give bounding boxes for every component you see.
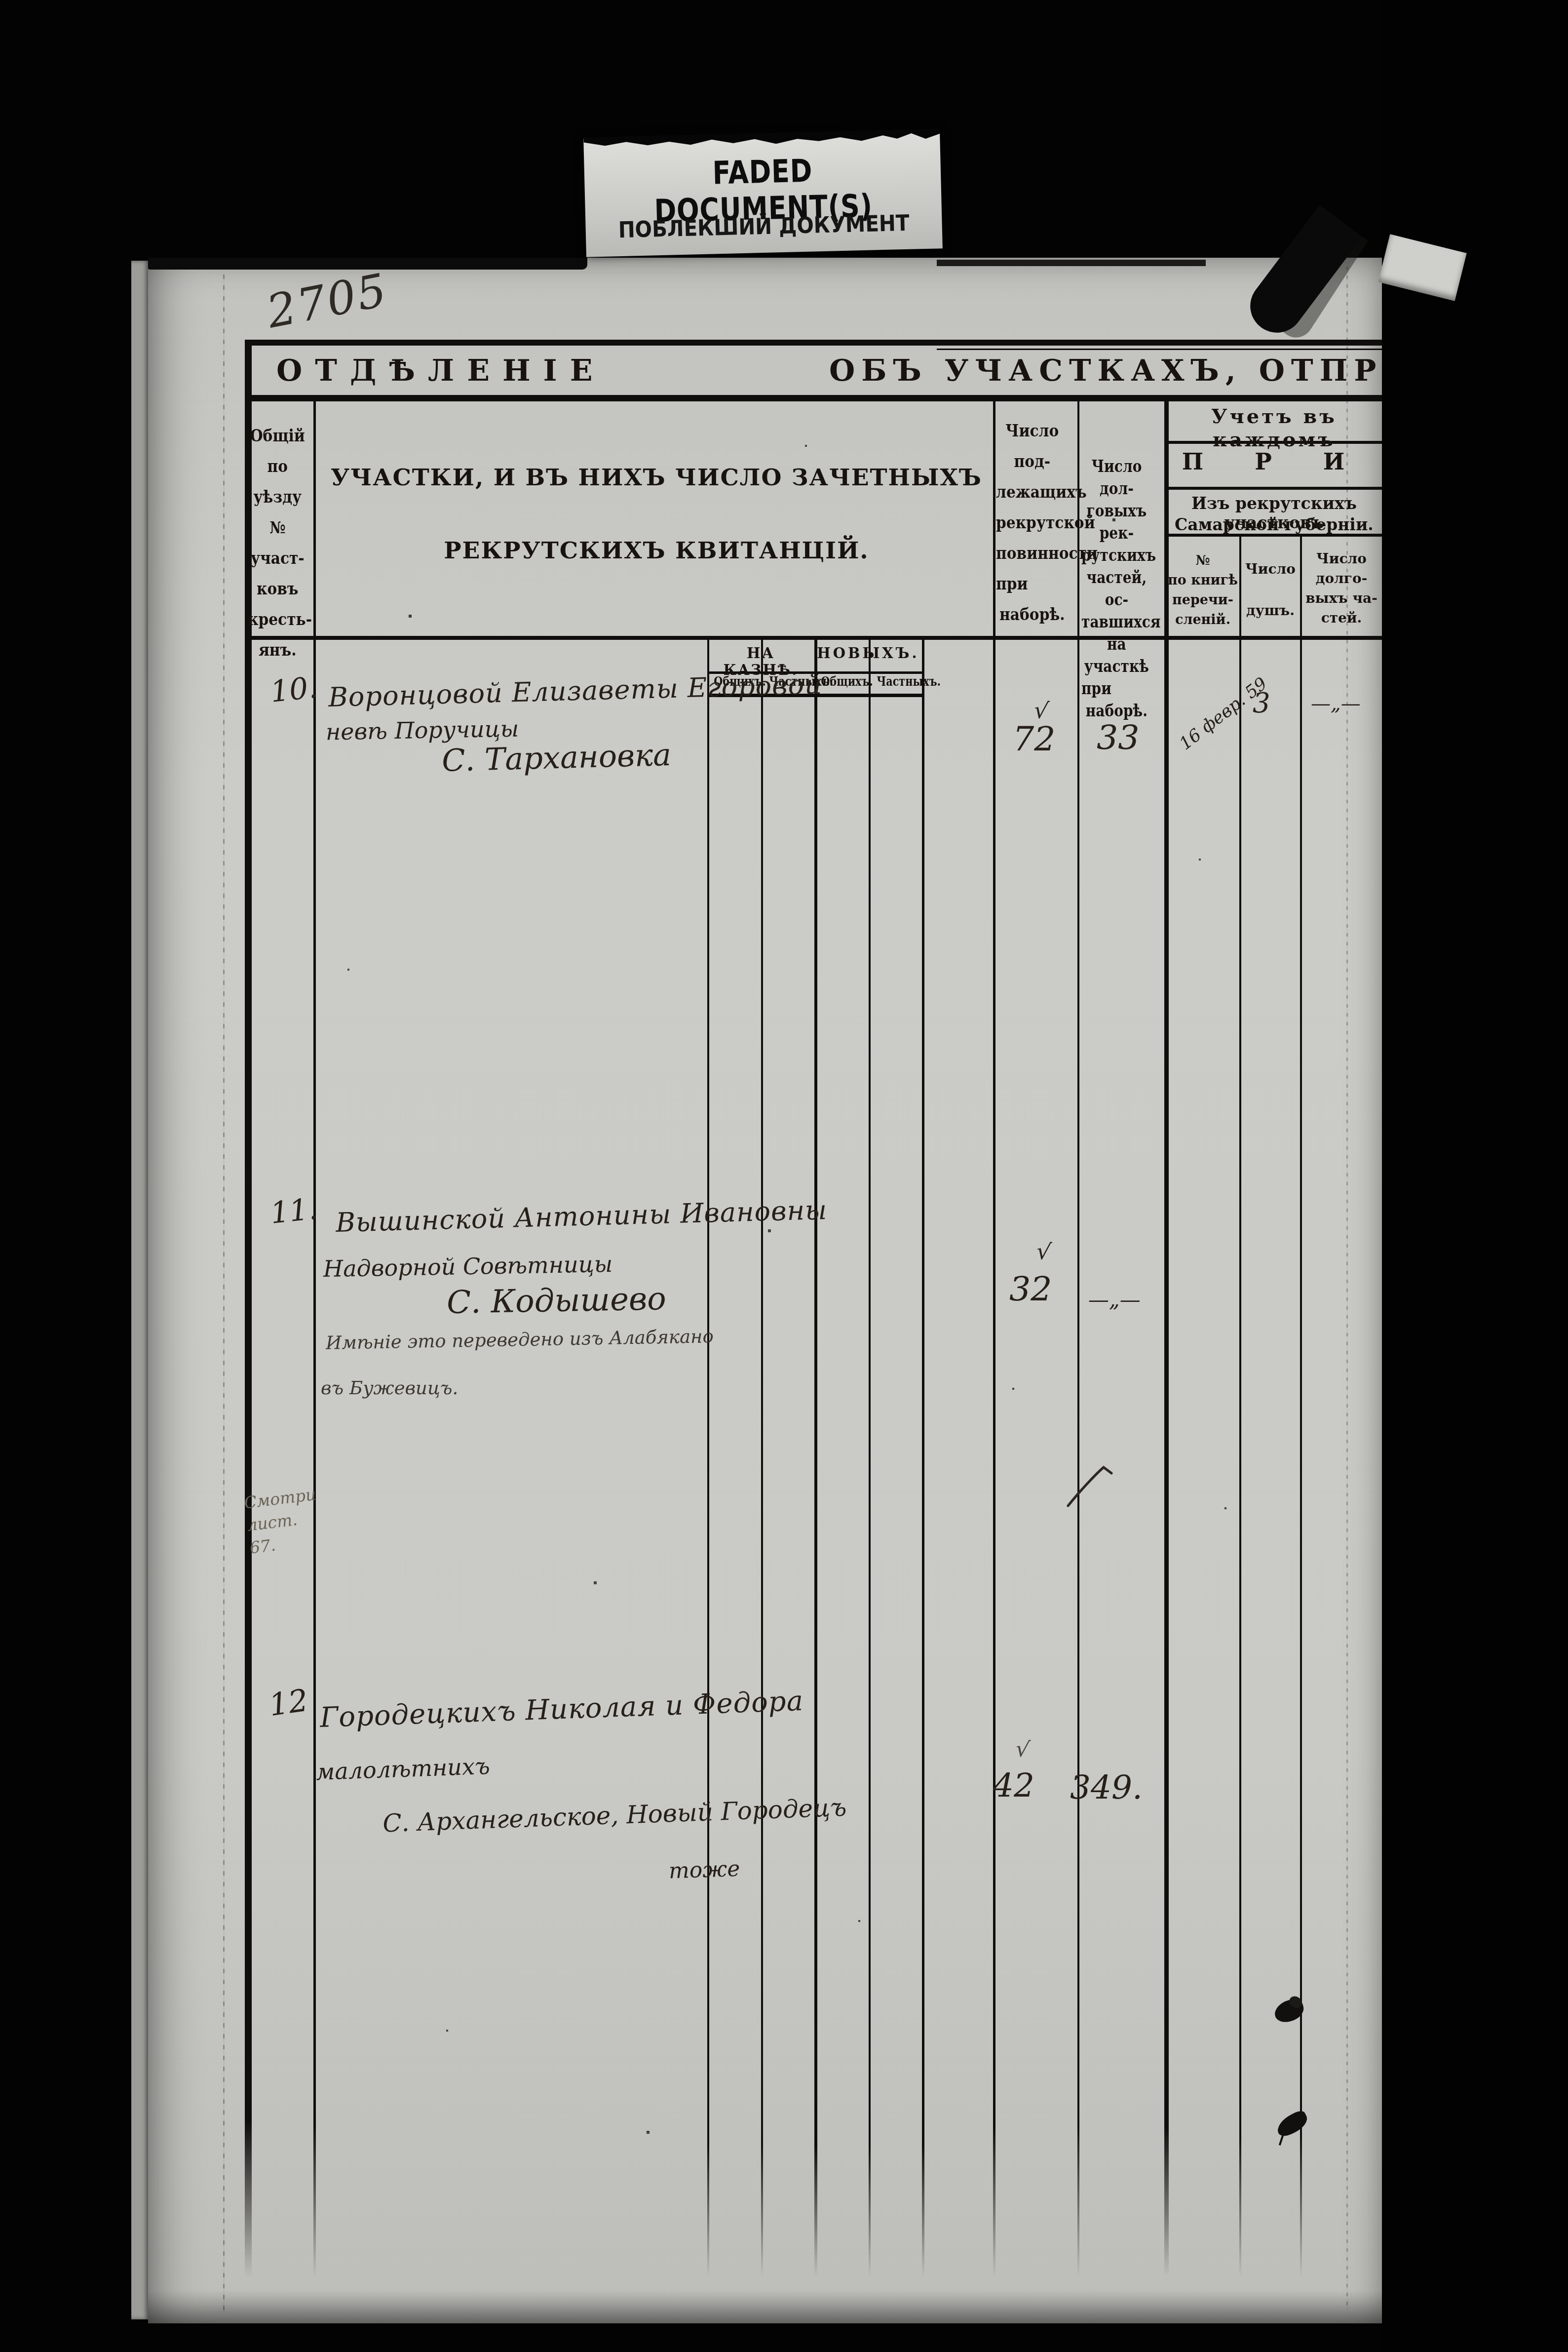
row-10-number: 10. bbox=[269, 670, 319, 709]
title-top-rule-thin bbox=[937, 349, 1382, 350]
header-sub-obshchikh-2: Общихъ. bbox=[814, 674, 869, 689]
header-liable-line: наборѣ. bbox=[996, 599, 1069, 630]
section-title-left: ОТДѢЛЕНІЕ bbox=[276, 353, 605, 388]
header-book-line: сленій. bbox=[1168, 610, 1238, 630]
margin-note: Смотри лист. 67. bbox=[243, 1483, 325, 1559]
col-line-book bbox=[1239, 534, 1241, 2277]
header-account-from2: Самарской губерніи. bbox=[1166, 515, 1382, 534]
header-parts-line: выхъ ча- bbox=[1303, 588, 1380, 608]
scan-black-margin bbox=[1382, 0, 1568, 2352]
col-line-account bbox=[1164, 401, 1169, 2277]
header-liable-line: повинности bbox=[996, 538, 1069, 569]
header-liable-line: рекрутской bbox=[996, 508, 1069, 538]
header-souls-line: душъ. bbox=[1242, 596, 1299, 625]
header-debt-line: тавшихся bbox=[1081, 611, 1152, 633]
header-novykh-group: НОВЫХЪ. bbox=[814, 645, 922, 662]
header-debt: Число дол- говыхъ рек- рутскихъ частей, … bbox=[1081, 455, 1152, 722]
header-account-title: Учетъ въ каждомъ bbox=[1166, 405, 1382, 451]
header-debt-line: Число дол- bbox=[1081, 455, 1152, 500]
header-debt-line: рутскихъ bbox=[1081, 544, 1152, 566]
col-line-n5 bbox=[922, 636, 924, 2277]
header-uyezd-line: № участ- bbox=[248, 512, 307, 574]
row-10-parts-value: —„— bbox=[1311, 692, 1361, 715]
header-book-line: перечи- bbox=[1168, 590, 1238, 610]
row-12-village-line2: тоже bbox=[668, 1856, 740, 1883]
header-liable-line: при bbox=[996, 569, 1069, 599]
header-uyezd-no: Общій по уѣзду № участ- ковъ кресть- янъ… bbox=[248, 421, 307, 666]
header-sub-label: Общихъ. bbox=[821, 674, 873, 689]
col-line-n4 bbox=[869, 636, 871, 2277]
header-debt-parts: Число долго- выхъ ча- стей. bbox=[1303, 549, 1380, 628]
row-10-debt-value: 33 bbox=[1097, 718, 1140, 757]
faded-document-sticker: FADED DOCUMENT(S) ПОБЛЕКШИЙ ДОКУМЕНТ bbox=[583, 130, 943, 257]
header-plots-line1: УЧАСТКИ, И ВЪ НИХЪ ЧИСЛО ЗАЧЕТНЫХЪ bbox=[321, 464, 992, 491]
header-liable-line: лежащихъ bbox=[996, 477, 1069, 508]
dust-specks bbox=[0, 0, 1, 1]
col-line-n2 bbox=[761, 636, 763, 2277]
row-11-number: 11. bbox=[269, 1191, 319, 1231]
row-12-debt-value: 349. bbox=[1070, 1768, 1143, 1806]
header-souls: Число душъ. bbox=[1242, 555, 1299, 625]
header-book-line: по книгѣ bbox=[1168, 571, 1238, 590]
header-parts-line: стей. bbox=[1303, 608, 1380, 628]
header-liable-line: Число под- bbox=[996, 416, 1069, 477]
col-line-liable bbox=[993, 401, 995, 2277]
row-11-debt-value: —„— bbox=[1088, 1288, 1141, 1312]
row-11-village: С. Кодышево bbox=[446, 1281, 666, 1321]
header-bottom-rule bbox=[245, 636, 1382, 640]
header-uyezd-line: кресть- bbox=[248, 604, 307, 635]
row-11-liable-value: 32 bbox=[1009, 1270, 1052, 1309]
header-souls-line: Число bbox=[1242, 555, 1299, 584]
stray-check-mark bbox=[1066, 1460, 1120, 1510]
row-10-name-line2: невѣ Поручицы bbox=[326, 715, 519, 745]
row-10-liable-value: 72 bbox=[1013, 720, 1056, 759]
title-bottom-rule bbox=[245, 395, 1382, 401]
title-top-rule bbox=[245, 340, 1382, 346]
row-11-note-line2: въ Бужевицъ. bbox=[321, 1377, 458, 1399]
archival-scan: 2705 ОТДѢЛЕНІЕ ОБЪ УЧАСТКАХЪ, ОТПРАВ Общ… bbox=[0, 0, 1568, 2352]
header-sub-chastnykh-2: Частныхъ. bbox=[869, 674, 922, 689]
col-line-debt bbox=[1077, 401, 1079, 2277]
torn-top-edge-right bbox=[937, 260, 1206, 266]
header-debt-line: говыхъ рек- bbox=[1081, 500, 1152, 544]
header-plots-line2: РЕКРУТСКИХЪ КВИТАНЦІЙ. bbox=[321, 537, 992, 564]
header-uyezd-line: янъ. bbox=[248, 635, 307, 666]
header-sub-label: Частныхъ. bbox=[877, 674, 941, 689]
header-uyezd-line: ковъ bbox=[248, 574, 307, 604]
header-debt-line: на участкѣ bbox=[1081, 633, 1152, 677]
sheet-edge bbox=[131, 261, 149, 2319]
header-book-no: № по книгѣ перечи- сленій. bbox=[1168, 551, 1238, 630]
header-uyezd-line: Общій bbox=[248, 421, 307, 451]
header-parts-line: Число bbox=[1303, 549, 1380, 569]
row-12-number: 12 bbox=[267, 1682, 310, 1723]
row-10-souls-value: 3 bbox=[1253, 687, 1270, 719]
account-rule-2 bbox=[1164, 487, 1382, 490]
row-12-liable-value: 42 bbox=[993, 1766, 1034, 1804]
col-line-n1 bbox=[707, 636, 709, 2277]
header-uyezd-line: по уѣзду bbox=[248, 451, 307, 512]
left-crease-line bbox=[223, 274, 225, 2313]
header-debt-line: частей, ос- bbox=[1081, 566, 1152, 611]
row-11-name-line2: Надворной Совѣтницы bbox=[323, 1251, 613, 1282]
header-debt-line: при bbox=[1081, 677, 1152, 700]
header-liable: Число под- лежащихъ рекрутской повинност… bbox=[996, 416, 1069, 630]
col-line-n3 bbox=[814, 636, 817, 2277]
header-account-pri: П Р И bbox=[1166, 448, 1382, 475]
section-title-right: ОБЪ УЧАСТКАХЪ, ОТПРАВ bbox=[829, 353, 1445, 388]
header-book-line: № bbox=[1168, 551, 1238, 571]
margin-note-line: лист. 67. bbox=[246, 1505, 325, 1560]
header-parts-line: долго- bbox=[1303, 569, 1380, 588]
bottom-page-curl bbox=[148, 2291, 1382, 2323]
row-10-village: С. Тархановка bbox=[441, 737, 672, 779]
